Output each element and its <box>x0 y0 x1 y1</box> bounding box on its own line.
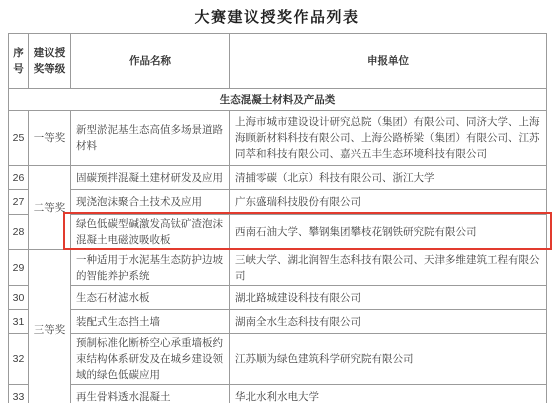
cell-unit: 广东盛瑞科技股份有限公司 <box>230 190 547 215</box>
cell-no: 26 <box>9 166 29 190</box>
cell-unit: 西南石油大学、攀钢集团攀枝花钢铁研究院有限公司 <box>230 215 547 250</box>
cell-no: 29 <box>9 250 29 286</box>
table-row: 31 装配式生态挡土墙 湖南全水生态科技有限公司 <box>9 310 547 334</box>
col-header-unit: 申报单位 <box>230 34 547 89</box>
section-title: 生态混凝土材料及产品类 <box>9 89 547 111</box>
table-row: 26 二等奖 固碳预拌混凝土建材研发及应用 清捕零碳（北京）科技有限公司、浙江大… <box>9 166 547 190</box>
cell-name: 再生骨料透水混凝土 <box>71 385 230 403</box>
cell-grade: 一等奖 <box>29 111 71 166</box>
cell-unit: 湖北路城建设科技有限公司 <box>230 286 547 310</box>
cell-name: 生态石材滤水板 <box>71 286 230 310</box>
cell-no: 27 <box>9 190 29 215</box>
cell-name: 新型淤泥基生态高值多场景道路材料 <box>71 111 230 166</box>
col-header-grade: 建议授奖等级 <box>29 34 71 89</box>
cell-name: 装配式生态挡土墙 <box>71 310 230 334</box>
col-header-name: 作品名称 <box>71 34 230 89</box>
col-header-no: 序号 <box>9 34 29 89</box>
cell-no: 32 <box>9 334 29 385</box>
section-row: 生态混凝土材料及产品类 <box>9 89 547 111</box>
cell-name: 一种适用于水泥基生态防护边坡的智能养护系统 <box>71 250 230 286</box>
cell-grade: 二等奖 <box>29 166 71 250</box>
cell-name: 预制标准化断桥空心承重墙板约束结构体系研发及在城乡建设领域的绿色低碳应用 <box>71 334 230 385</box>
cell-name: 绿色低碳型碱激发高钛矿渣泡沫混凝土电磁波吸收板 <box>71 215 230 250</box>
cell-unit: 江苏顺为绿色建筑科学研究院有限公司 <box>230 334 547 385</box>
cell-no: 33 <box>9 385 29 403</box>
cell-grade: 三等奖 <box>29 250 71 403</box>
cell-unit: 华北水利水电大学 <box>230 385 547 403</box>
cell-name: 固碳预拌混凝土建材研发及应用 <box>71 166 230 190</box>
table-row-highlighted: 28 绿色低碳型碱激发高钛矿渣泡沫混凝土电磁波吸收板 西南石油大学、攀钢集团攀枝… <box>9 215 547 250</box>
table-row: 25 一等奖 新型淤泥基生态高值多场景道路材料 上海市城市建设设计研究总院（集团… <box>9 111 547 166</box>
table-row: 30 生态石材滤水板 湖北路城建设科技有限公司 <box>9 286 547 310</box>
table-row: 32 预制标准化断桥空心承重墙板约束结构体系研发及在城乡建设领域的绿色低碳应用 … <box>9 334 547 385</box>
award-list-table: 序号 建议授奖等级 作品名称 申报单位 生态混凝土材料及产品类 25 一等奖 新… <box>8 33 547 403</box>
cell-name: 现浇泡沫聚合土技术及应用 <box>71 190 230 215</box>
cell-unit: 上海市城市建设设计研究总院（集团）有限公司、同济大学、上海海顾新材料科技有限公司… <box>230 111 547 166</box>
cell-no: 31 <box>9 310 29 334</box>
header-row: 序号 建议授奖等级 作品名称 申报单位 <box>9 34 547 89</box>
cell-no: 28 <box>9 215 29 250</box>
document-page: 大赛建议授奖作品列表 序号 建议授奖等级 作品名称 申报单位 生态混凝土材料及产… <box>0 0 554 403</box>
cell-unit: 湖南全水生态科技有限公司 <box>230 310 547 334</box>
page-title: 大赛建议授奖作品列表 <box>0 6 554 27</box>
table-row: 33 再生骨料透水混凝土 华北水利水电大学 <box>9 385 547 403</box>
cell-unit: 三峡大学、湖北润智生态科技有限公司、天津多维建筑工程有限公司 <box>230 250 547 286</box>
cell-unit: 清捕零碳（北京）科技有限公司、浙江大学 <box>230 166 547 190</box>
table-row: 29 三等奖 一种适用于水泥基生态防护边坡的智能养护系统 三峡大学、湖北润智生态… <box>9 250 547 286</box>
table-row: 27 现浇泡沫聚合土技术及应用 广东盛瑞科技股份有限公司 <box>9 190 547 215</box>
cell-no: 25 <box>9 111 29 166</box>
cell-no: 30 <box>9 286 29 310</box>
